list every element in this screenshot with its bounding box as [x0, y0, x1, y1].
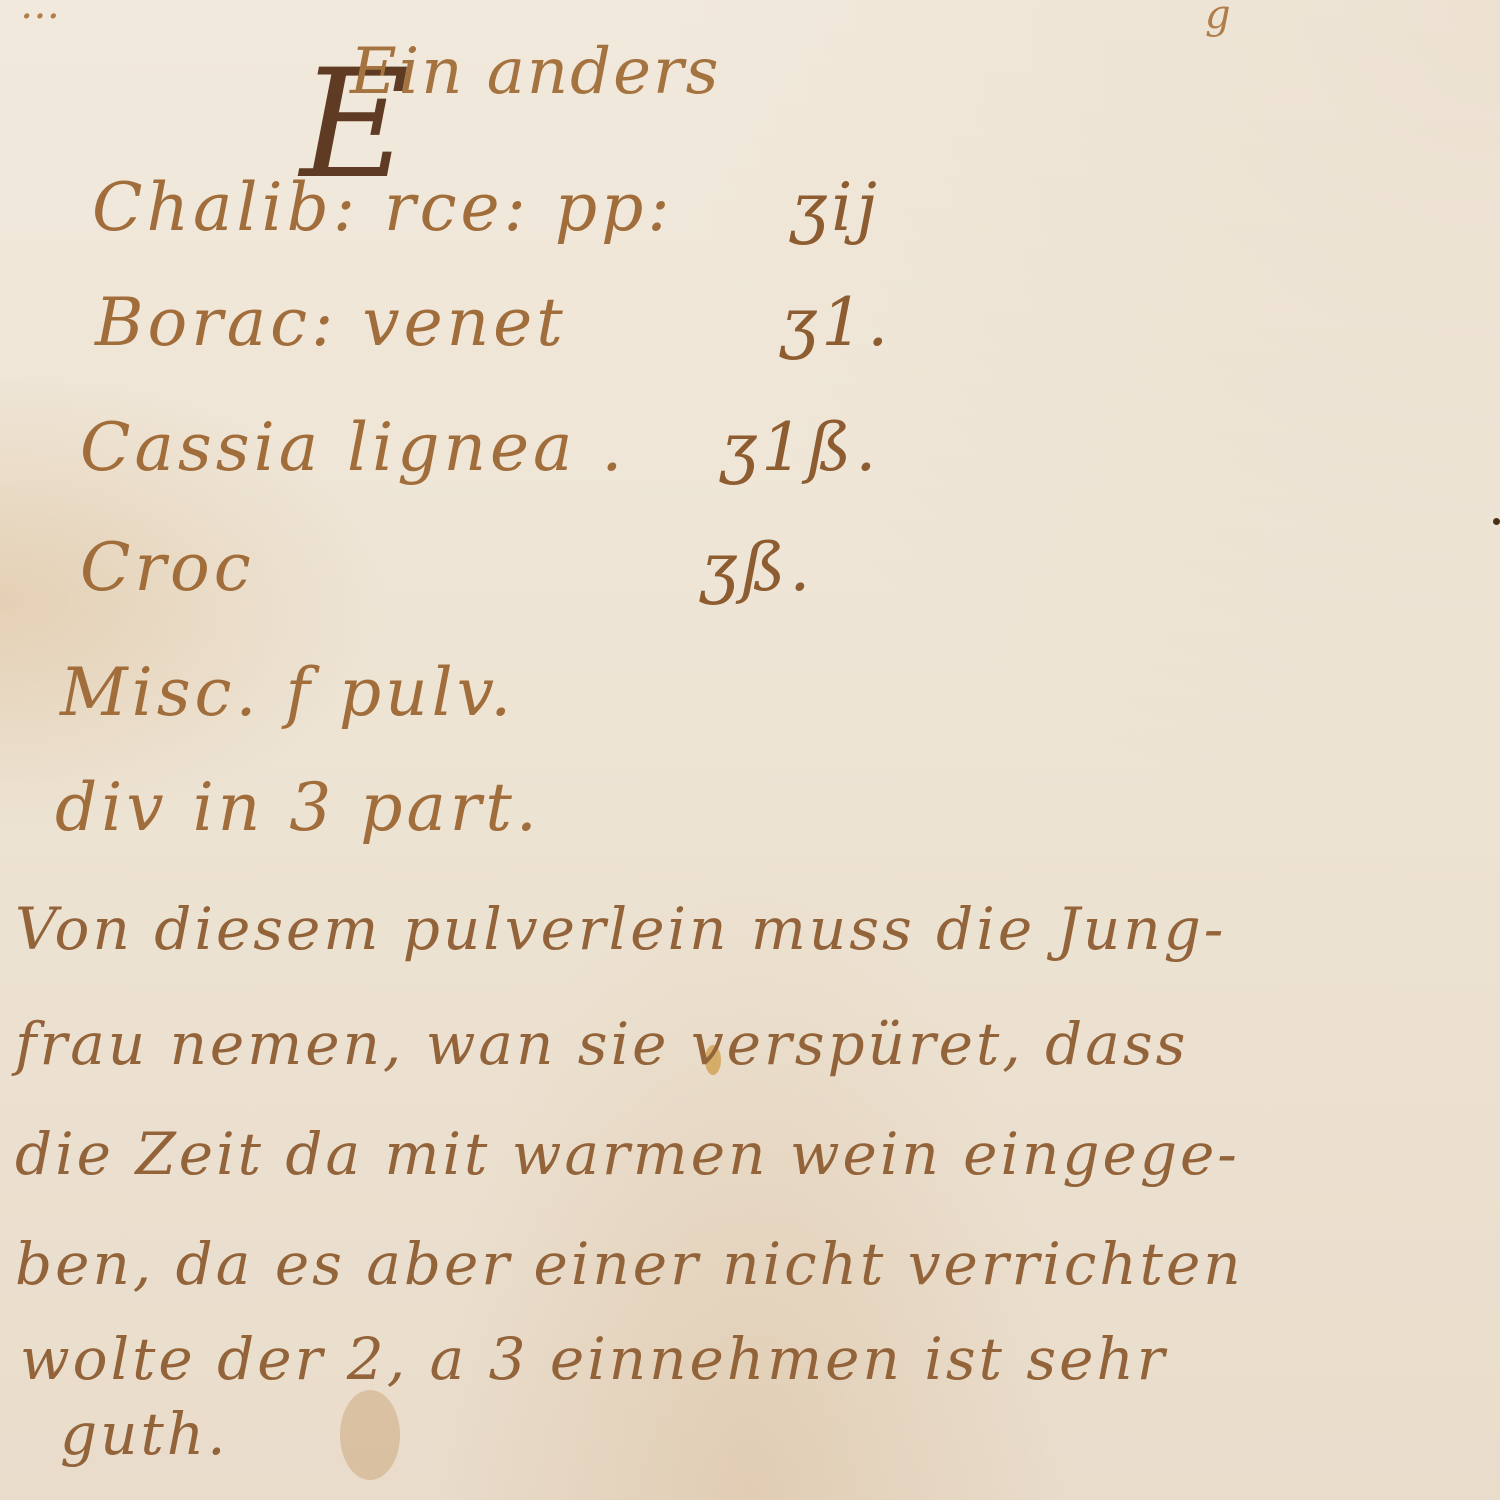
recipe-heading: Ein anders [350, 40, 720, 104]
ingredient-line: Borac: venet [95, 290, 567, 356]
quantity: ʒß. [700, 535, 814, 601]
quantity: ʒij [790, 175, 881, 241]
instruction-line: Misc. f pulv. [60, 660, 515, 726]
prose-line: guth. [60, 1405, 229, 1463]
instruction-line: div in 3 part. [55, 775, 541, 841]
paper-stain [1493, 518, 1500, 525]
quantity: ʒ1. [780, 290, 892, 356]
ingredient-line: Chalib: rce: pp: [92, 175, 674, 241]
quantity: ʒ1ß. [720, 415, 880, 481]
paper-stain [340, 1390, 400, 1480]
ingredient-line: Croc [80, 535, 255, 601]
prose-line: die Zeit da mit warmen wein eingege- [15, 1125, 1240, 1183]
ingredient-line: Cassia lignea . [80, 415, 626, 481]
prose-line: ben, da es aber einer nicht verrichten [15, 1235, 1244, 1293]
top-fragment-right: g [1205, 0, 1231, 38]
top-fragment-left: … [20, 0, 60, 28]
prose-line: Von diesem pulverlein muss die Jung- [15, 900, 1226, 958]
manuscript-page: … g E Ein anders Chalib: rce: pp: ʒij Bo… [0, 0, 1500, 1500]
prose-line: wolte der 2, a 3 einnehmen ist sehr [20, 1330, 1168, 1388]
prose-line: frau nemen, wan sie verspüret, dass [15, 1015, 1188, 1073]
